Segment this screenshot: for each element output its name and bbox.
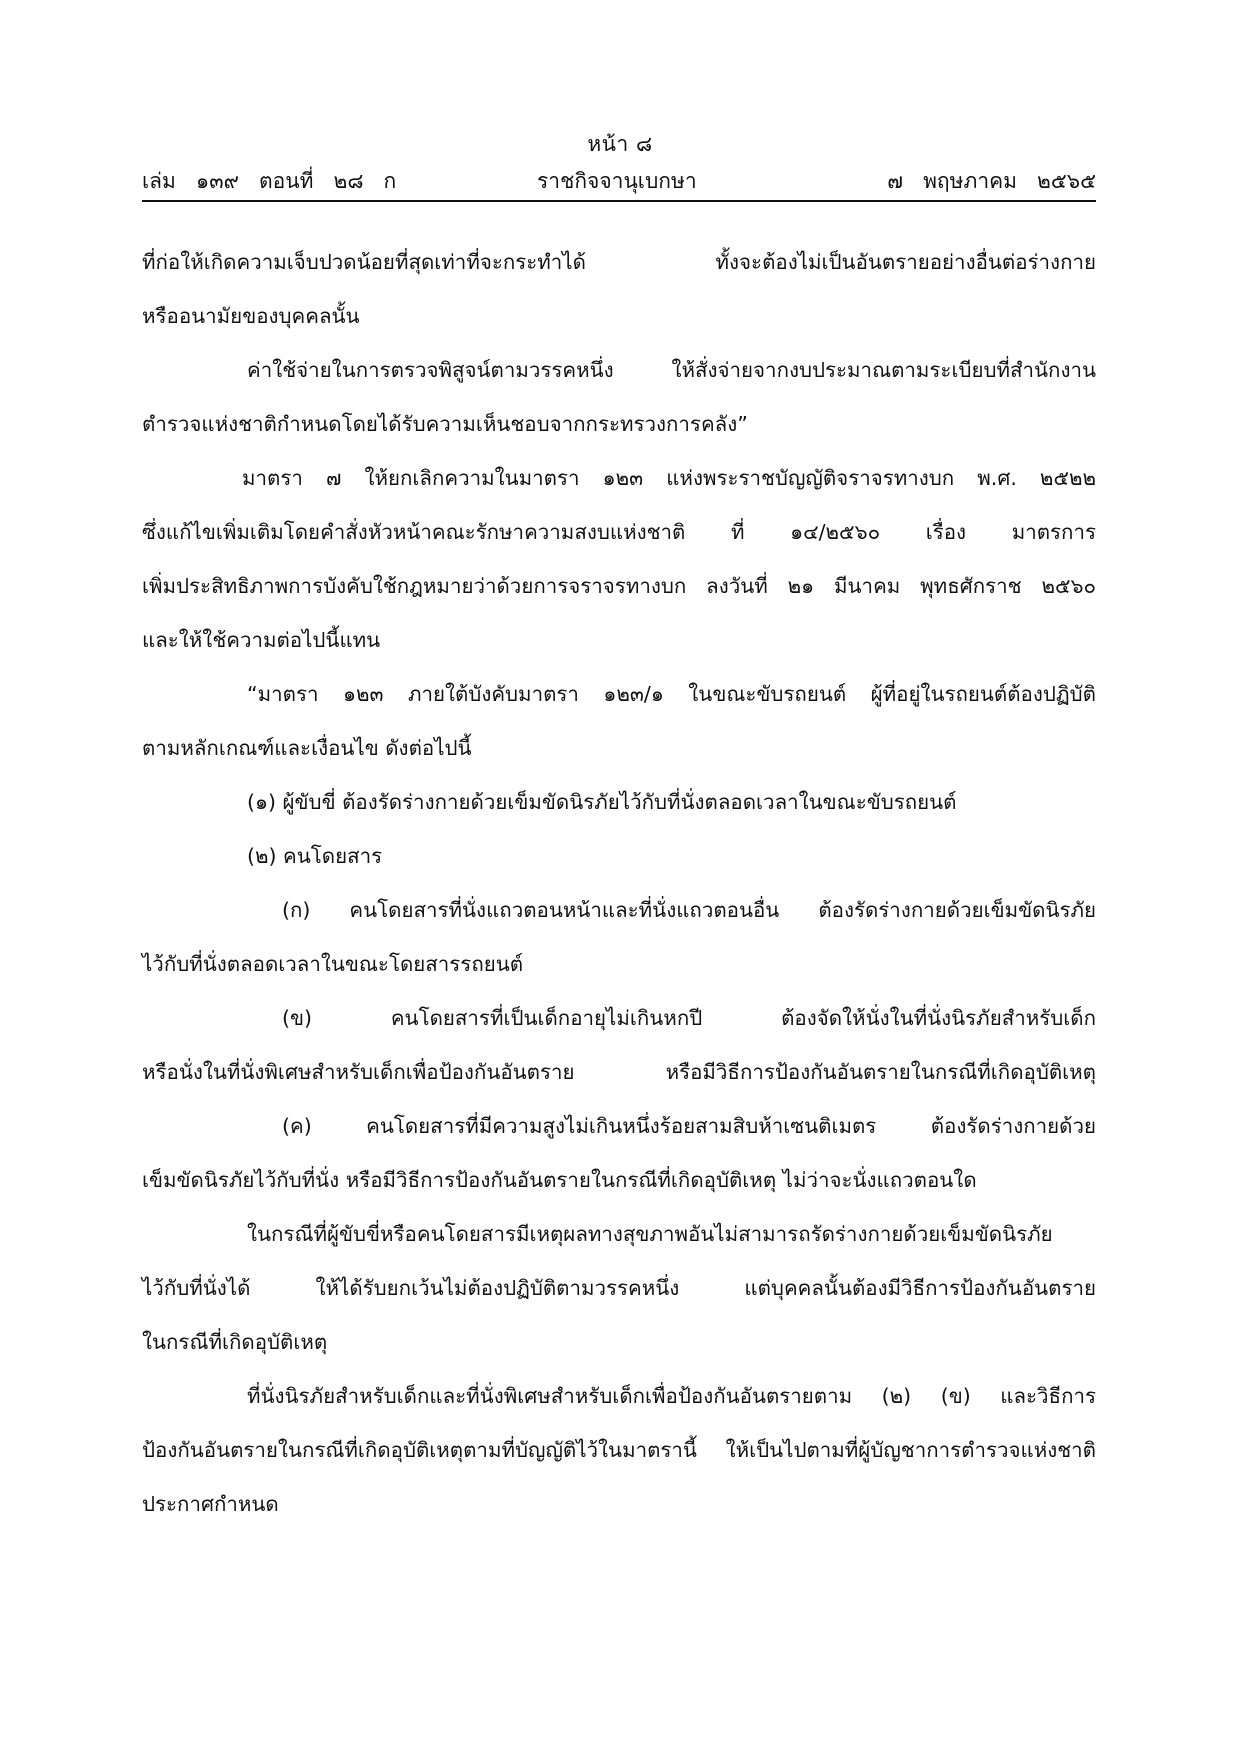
section-heading-line: มาตรา ๗ ให้ยกเลิกความในมาตรา ๑๒๓ แห่งพระ… — [142, 451, 1096, 505]
sub-list-item: (ข) คนโดยสารที่เป็นเด็กอายุไม่เกินหกปี ต… — [142, 991, 1096, 1045]
document-body: ที่ก่อให้เกิดความเจ็บปวดน้อยที่สุดเท่าที… — [142, 235, 1096, 1531]
text-line: ไว้กับที่นั่งได้ ให้ได้รับยกเว้นไม่ต้องป… — [142, 1261, 1096, 1315]
text-line: ป้องกันอันตรายในกรณีที่เกิดอุบัติเหตุตาม… — [142, 1423, 1096, 1477]
paragraph-start: ที่นั่งนิรภัยสำหรับเด็กและที่นั่งพิเศษสำ… — [142, 1369, 1096, 1423]
text-line: เข็มขัดนิรภัยไว้กับที่นั่ง หรือมีวิธีการ… — [142, 1153, 1096, 1207]
text-line: ที่ก่อให้เกิดความเจ็บปวดน้อยที่สุดเท่าที… — [142, 235, 1096, 289]
text-line: ในกรณีที่เกิดอุบัติเหตุ — [142, 1315, 1096, 1369]
paragraph-start: ในกรณีที่ผู้ขับขี่หรือคนโดยสารมีเหตุผลทา… — [142, 1207, 1096, 1261]
gazette-title: ราชกิจจานุเบกษา — [537, 165, 697, 198]
text-line: เพิ่มประสิทธิภาพการบังคับใช้กฎหมายว่าด้ว… — [142, 559, 1096, 613]
text-line: ไว้กับที่นั่งตลอดเวลาในขณะโดยสารรถยนต์ — [142, 937, 1096, 991]
text-line: ประกาศกำหนด — [142, 1477, 1096, 1531]
paragraph-start: “มาตรา ๑๒๓ ภายใต้บังคับมาตรา ๑๒๓/๑ ในขณะ… — [142, 667, 1096, 721]
text-line: และให้ใช้ความต่อไปนี้แทน — [142, 613, 1096, 667]
list-item: (๒) คนโดยสาร — [142, 829, 1096, 883]
header-divider — [142, 200, 1096, 202]
text-line: ซึ่งแก้ไขเพิ่มเติมโดยคำสั่งหัวหน้าคณะรัก… — [142, 505, 1096, 559]
page-number: หน้า ๘ — [0, 128, 1240, 161]
running-header: เล่ม ๑๓๙ ตอนที่ ๒๘ ก ราชกิจจานุเบกษา ๗ พ… — [142, 165, 1096, 195]
text-line: ตำรวจแห่งชาติกำหนดโดยได้รับความเห็นชอบจา… — [142, 397, 1096, 451]
gazette-page: หน้า ๘ เล่ม ๑๓๙ ตอนที่ ๒๘ ก ราชกิจจานุเบ… — [0, 0, 1240, 1755]
paragraph-start: ค่าใช้จ่ายในการตรวจพิสูจน์ตามวรรคหนึ่ง ใ… — [142, 343, 1096, 397]
list-item: (๑) ผู้ขับขี่ ต้องรัดร่างกายด้วยเข็มขัดน… — [142, 775, 1096, 829]
text-line: ตามหลักเกณฑ์และเงื่อนไข ดังต่อไปนี้ — [142, 721, 1096, 775]
text-line: หรือนั่งในที่นั่งพิเศษสำหรับเด็กเพื่อป้อ… — [142, 1045, 1096, 1099]
publication-date: ๗ พฤษภาคม ๒๕๖๕ — [887, 165, 1096, 198]
volume-issue: เล่ม ๑๓๙ ตอนที่ ๒๘ ก — [142, 165, 396, 198]
text-line: หรืออนามัยของบุคคลนั้น — [142, 289, 1096, 343]
sub-list-item: (ค) คนโดยสารที่มีความสูงไม่เกินหนึ่งร้อย… — [142, 1099, 1096, 1153]
sub-list-item: (ก) คนโดยสารที่นั่งแถวตอนหน้าและที่นั่งแ… — [142, 883, 1096, 937]
